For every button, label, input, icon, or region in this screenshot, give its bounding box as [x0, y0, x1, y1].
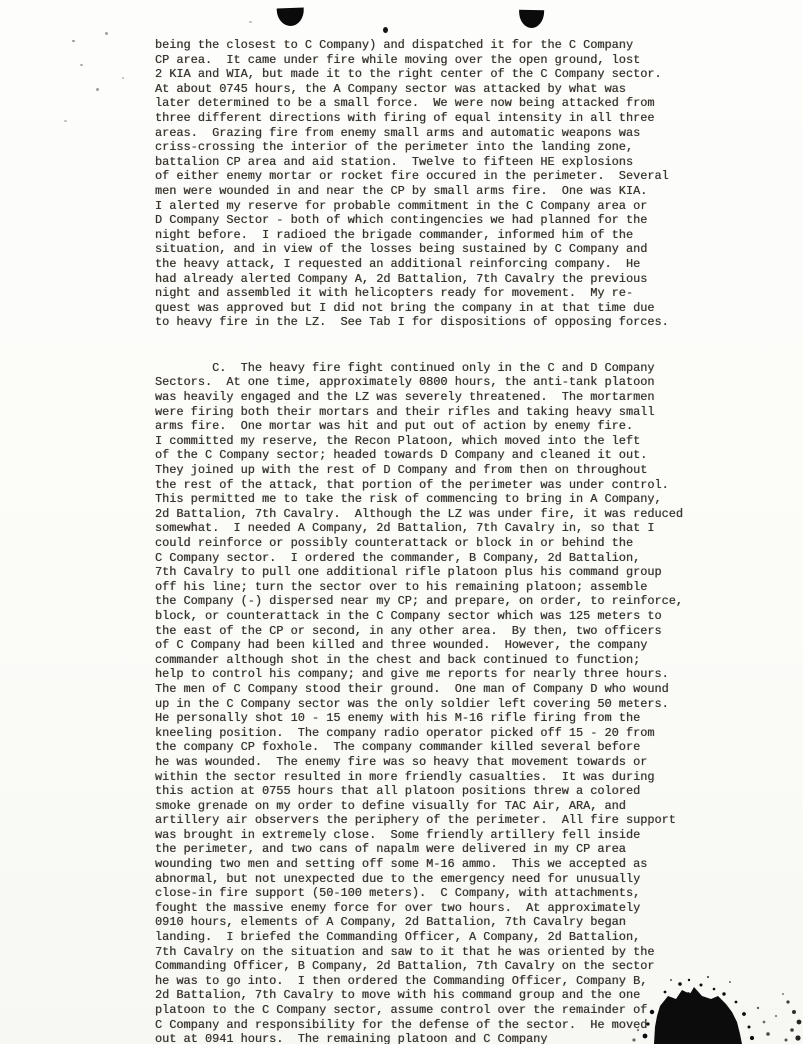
text-line: 7th Cavalry to pull one additional rifle…	[155, 565, 715, 580]
text-line: help to control his company; and give me…	[155, 667, 715, 682]
text-line: the heavy attack, I requested an additio…	[155, 257, 715, 272]
text-line: D Company Sector - both of which conting…	[155, 213, 715, 228]
text-line: close-in fire support (50-100 meters). C…	[155, 886, 715, 901]
text-line: of the C Company sector; headed towards …	[155, 448, 715, 463]
text-line: C. The heavy fire fight continued only i…	[155, 361, 715, 376]
text-line: They joined up with the rest of D Compan…	[155, 463, 715, 478]
text-line: This permitted me to take the risk of co…	[155, 492, 715, 507]
text-line: block, or counterattack in the C Company…	[155, 609, 715, 624]
text-line: wounding two men and setting off some M-…	[155, 857, 715, 872]
ink-speck	[96, 88, 99, 91]
text-line: At about 0745 hours, the A Company secto…	[155, 82, 715, 97]
text-line: the rest of the attack, that portion of …	[155, 478, 715, 493]
text-line: had already alerted Company A, 2d Battal…	[155, 272, 715, 287]
ink-dot	[383, 27, 388, 33]
text-line: C Company sector. I ordered the commande…	[155, 551, 715, 566]
ink-blot	[618, 972, 803, 1044]
text-line: up in the C Company sector was the only …	[155, 697, 715, 712]
text-line: battalion CP area and aid station. Twelv…	[155, 155, 715, 170]
text-line: areas. Grazing fire from enemy small arm…	[155, 126, 715, 141]
text-line: I alerted my reserve for probable commit…	[155, 199, 715, 214]
text-line: 0910 hours, elements of A Company, 2d Ba…	[155, 915, 715, 930]
text-line: situation, and in view of the losses bei…	[155, 242, 715, 257]
text-line: artillery air observers the periphery of…	[155, 813, 715, 828]
text-line: could reinforce or possibly counterattac…	[155, 536, 715, 551]
document-page: being the closest to C Company) and disp…	[0, 0, 803, 1044]
text-line: landing. I briefed the Commanding Office…	[155, 930, 715, 945]
text-line: off his line; turn the sector over to hi…	[155, 580, 715, 595]
text-line: the company CP foxhole. The company comm…	[155, 740, 715, 755]
paragraph-c: C. The heavy fire fight continued only i…	[155, 361, 715, 1044]
text-line: He personally shot 10 - 15 enemy with hi…	[155, 711, 715, 726]
text-line: 2d Battalion, 7th Cavalry. Although the …	[155, 507, 715, 522]
text-line: this action at 0755 hours that all plato…	[155, 784, 715, 799]
text-line: the east of the CP or second, in any oth…	[155, 624, 715, 639]
text-line: of C Company had been killed and three w…	[155, 638, 715, 653]
text-line: I committed my reserve, the Recon Platoo…	[155, 434, 715, 449]
text-line: being the closest to C Company) and disp…	[155, 38, 715, 53]
text-line: 2 KIA and WIA, but made it to the right …	[155, 67, 715, 82]
page-text: being the closest to C Company) and disp…	[155, 38, 715, 1044]
text-line: smoke grenade on my order to define visu…	[155, 799, 715, 814]
text-line: later determined to be a small force. We…	[155, 96, 715, 111]
text-line: the perimeter, and two cans of napalm we…	[155, 842, 715, 857]
ink-speck	[122, 77, 124, 79]
text-line: three different directions with firing o…	[155, 111, 715, 126]
text-line: Sectors. At one time, approximately 0800…	[155, 375, 715, 390]
text-line: kneeling position. The company radio ope…	[155, 726, 715, 741]
text-line: The men of C Company stood their ground.…	[155, 682, 715, 697]
text-line: CP area. It came under fire while moving…	[155, 53, 715, 68]
ink-speck	[72, 40, 75, 42]
paragraph-continuation: being the closest to C Company) and disp…	[155, 38, 715, 330]
text-line: was brought in extremely close. Some fri…	[155, 828, 715, 843]
text-line: he was wounded. The enemy fire was so he…	[155, 755, 715, 770]
punch-hole-mark-icon	[519, 10, 544, 28]
text-line: criss-crossing the interior of the perim…	[155, 140, 715, 155]
text-line: to heavy fire in the LZ. See Tab I for d…	[155, 315, 715, 330]
text-line: 7th Cavalry on the situation and saw to …	[155, 945, 715, 960]
text-line: the Company (-) dispersed near my CP; an…	[155, 594, 715, 609]
text-line: abnormal, but not unexpected due to the …	[155, 872, 715, 887]
text-line: were firing both their mortars and their…	[155, 405, 715, 420]
text-line: somewhat. I needed A Company, 2d Battali…	[155, 521, 715, 536]
text-line: commander although shot in the chest and…	[155, 653, 715, 668]
text-line: night before. I radioed the brigade comm…	[155, 228, 715, 243]
text-line: fought the massive enemy force for over …	[155, 901, 715, 916]
ink-speck	[105, 32, 108, 35]
ink-speck	[80, 64, 83, 66]
ink-speck	[249, 21, 252, 23]
punch-hole-mark-icon	[277, 8, 305, 27]
ink-speck	[64, 120, 67, 122]
text-line: within the sector resulted in more frien…	[155, 770, 715, 785]
text-line: of either enemy mortar or rocket fire oc…	[155, 169, 715, 184]
text-line: quest was approved but I did not bring t…	[155, 301, 715, 316]
text-line: night and assembled it with helicopters …	[155, 286, 715, 301]
text-line: arms fire. One mortar was hit and put ou…	[155, 419, 715, 434]
text-line: men were wounded in and near the CP by s…	[155, 184, 715, 199]
text-line: was heavily engaged and the LZ was sever…	[155, 390, 715, 405]
